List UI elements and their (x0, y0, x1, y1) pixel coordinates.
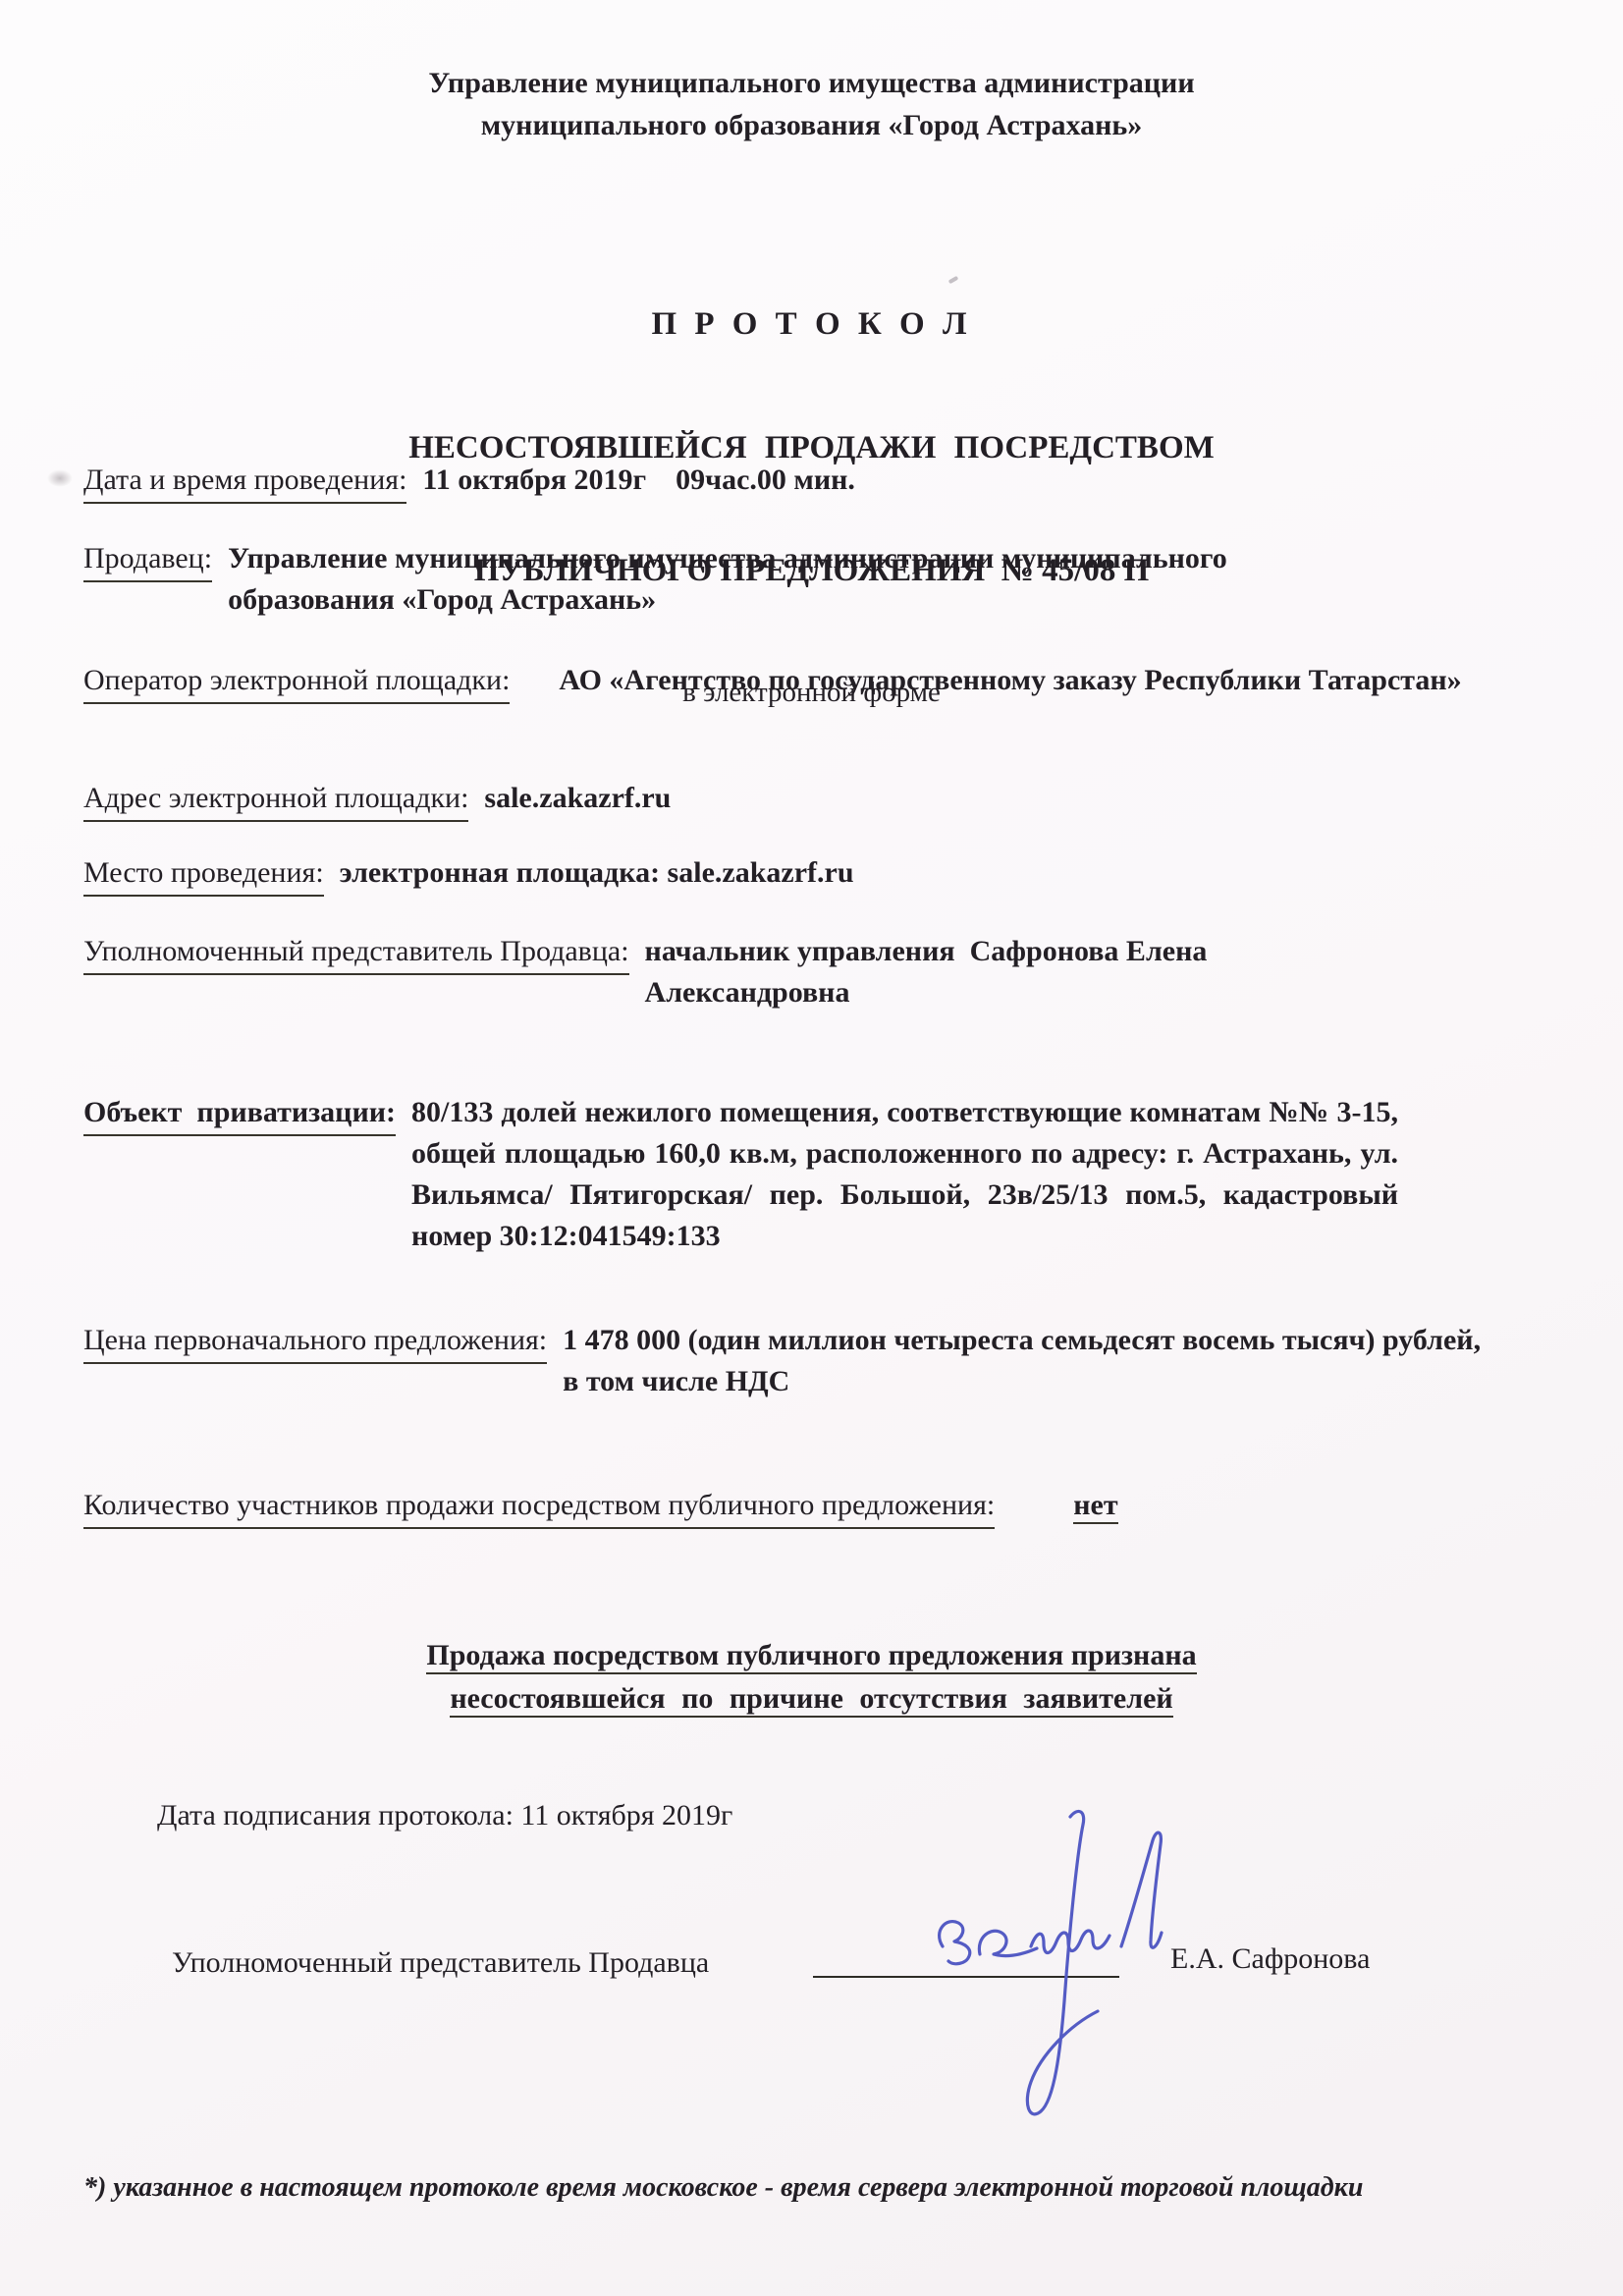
field-participants-label: Количество участников продажи посредство… (83, 1485, 995, 1529)
result-statement: Продажа посредством публичного предложен… (0, 1634, 1623, 1720)
org-name-line2: муниципального образования «Город Астрах… (0, 105, 1623, 147)
field-datetime-value: 11 октября 2019г 09час.00 мин. (422, 460, 854, 504)
field-seller: Продавец: Управление муниципального имущ… (83, 538, 1357, 621)
field-operator: Оператор электронной площадки: АО «Агент… (83, 660, 1462, 704)
signature-name: Е.А. Сафронова (1170, 1942, 1370, 1976)
field-representative-value: начальник управления Сафронова Елена Але… (645, 931, 1352, 1013)
scanned-protocol-page: Управление муниципального имущества адми… (0, 0, 1623, 2296)
org-header: Управление муниципального имущества адми… (0, 63, 1623, 146)
field-operator-value: АО «Агентство по государственному заказу… (525, 660, 1461, 704)
field-price-value: 1 478 000 (один миллион четыреста семьде… (563, 1320, 1505, 1402)
footnote: *) указанное в настоящем протоколе время… (83, 2172, 1478, 2204)
field-datetime: Дата и время проведения: 11 октября 2019… (83, 460, 855, 504)
field-price: Цена первоначального предложения: 1 478 … (83, 1320, 1505, 1402)
field-participants-value: нет (1073, 1489, 1117, 1524)
field-object: Объект приватизации: 80/133 долей нежило… (83, 1092, 1398, 1257)
result-statement-line1: Продажа посредством публичного предложен… (426, 1639, 1196, 1674)
field-seller-label: Продавец: (83, 538, 212, 582)
scan-smudge (47, 469, 73, 487)
result-statement-line2: несостоявшейся по причине отсутствия зая… (450, 1682, 1172, 1718)
field-venue-value: электронная площадка: sale.zakazrf.ru (340, 852, 854, 897)
signing-date: Дата подписания протокола: 11 октября 20… (157, 1799, 732, 1832)
field-price-label: Цена первоначального предложения: (83, 1320, 547, 1364)
signature-label: Уполномоченный представитель Продавца (172, 1946, 709, 1980)
field-representative: Уполномоченный представитель Продавца: н… (83, 931, 1352, 1013)
field-object-value: 80/133 долей нежилого помещения, соответ… (411, 1092, 1398, 1257)
field-platform-address-value: sale.zakazrf.ru (484, 778, 671, 822)
field-operator-label: Оператор электронной площадки: (83, 660, 510, 704)
field-participants: Количество участников продажи посредство… (83, 1485, 1118, 1529)
field-datetime-label: Дата и время проведения: (83, 460, 406, 504)
field-venue: Место проведения: электронная площадка: … (83, 852, 854, 897)
field-platform-address-label: Адрес электронной площадки: (83, 778, 468, 822)
field-seller-value: Управление муниципального имущества адми… (228, 538, 1357, 621)
field-object-label: Объект приватизации: (83, 1092, 396, 1136)
document-title: П Р О Т О К О Л НЕСОСТОЯВШЕЙСЯ ПРОДАЖИ П… (0, 222, 1623, 793)
title-protocol: П Р О Т О К О Л (0, 304, 1623, 346)
field-representative-label: Уполномоченный представитель Продавца: (83, 931, 629, 975)
field-platform-address: Адрес электронной площадки: sale.zakazrf… (83, 778, 671, 822)
org-name-line1: Управление муниципального имущества адми… (0, 63, 1623, 105)
field-venue-label: Место проведения: (83, 852, 324, 897)
